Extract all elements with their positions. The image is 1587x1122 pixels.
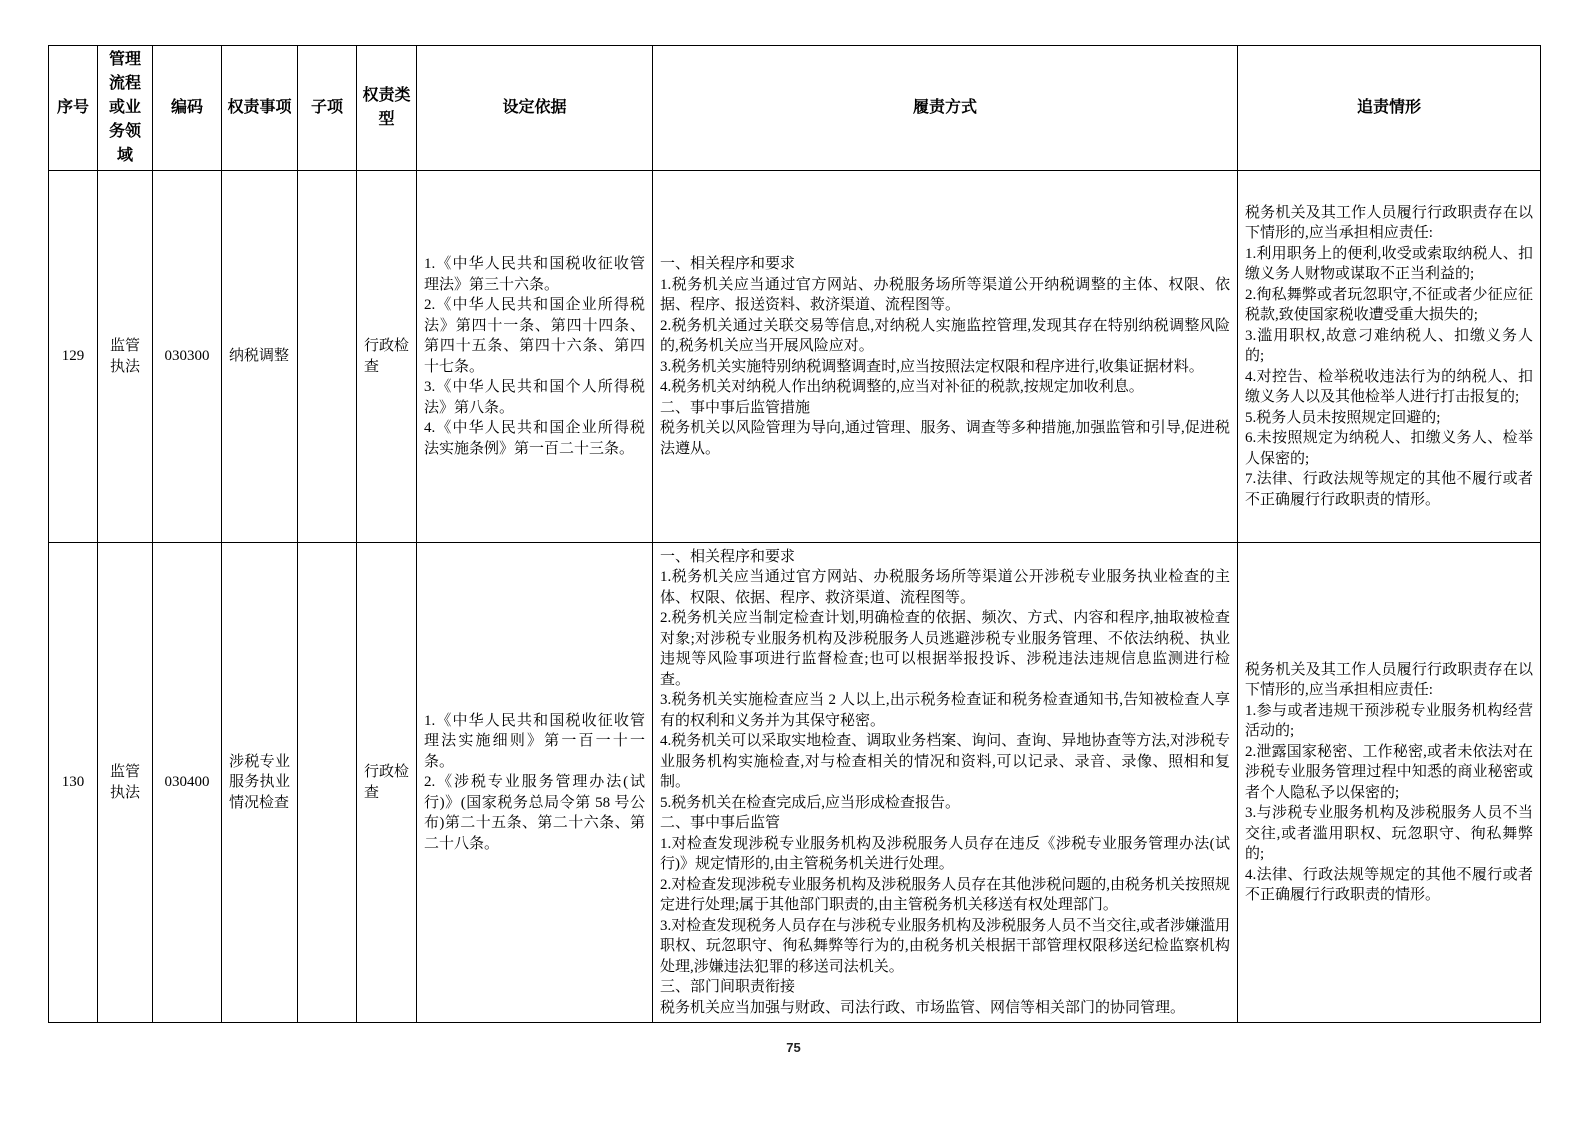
col-header-code: 编码	[153, 46, 222, 171]
duty-list-table: 序号 管理流程或业务领域 编码 权责事项 子项 权责类型 设定依据 履责方式 追…	[48, 45, 1541, 1023]
cell-method: 一、相关程序和要求 1.税务机关应当通过官方网站、办税服务场所等渠道公开纳税调整…	[653, 171, 1238, 543]
cell-code: 030400	[153, 543, 222, 1023]
cell-seq: 130	[49, 543, 98, 1023]
col-header-accountability: 追责情形	[1238, 46, 1541, 171]
page-number: 75	[0, 1040, 1587, 1055]
table-row: 129 监管执法 030300 纳税调整 行政检查 1.《中华人民共和国税收征收…	[49, 171, 1541, 543]
col-header-method: 履责方式	[653, 46, 1238, 171]
cell-accountability: 税务机关及其工作人员履行行政职责存在以下情形的,应当承担相应责任: 1.利用职务…	[1238, 171, 1541, 543]
cell-code: 030300	[153, 171, 222, 543]
cell-duty-type: 行政检查	[357, 543, 417, 1023]
col-header-area: 管理流程或业务领域	[98, 46, 153, 171]
cell-basis: 1.《中华人民共和国税收征收管理法实施细则》第一百一十一条。 2.《涉税专业服务…	[417, 543, 653, 1023]
col-header-matter: 权责事项	[222, 46, 298, 171]
cell-matter: 纳税调整	[222, 171, 298, 543]
table-row: 130 监管执法 030400 涉税专业服务执业情况检查 行政检查 1.《中华人…	[49, 543, 1541, 1023]
cell-duty-type: 行政检查	[357, 171, 417, 543]
col-header-sub-item: 子项	[298, 46, 357, 171]
col-header-seq: 序号	[49, 46, 98, 171]
cell-sub-item	[298, 543, 357, 1023]
table-header-row: 序号 管理流程或业务领域 编码 权责事项 子项 权责类型 设定依据 履责方式 追…	[49, 46, 1541, 171]
cell-seq: 129	[49, 171, 98, 543]
cell-matter: 涉税专业服务执业情况检查	[222, 543, 298, 1023]
cell-area: 监管执法	[98, 543, 153, 1023]
cell-sub-item	[298, 171, 357, 543]
cell-basis: 1.《中华人民共和国税收征收管理法》第三十六条。 2.《中华人民共和国企业所得税…	[417, 171, 653, 543]
col-header-duty-type: 权责类型	[357, 46, 417, 171]
col-header-basis: 设定依据	[417, 46, 653, 171]
cell-accountability: 税务机关及其工作人员履行行政职责存在以下情形的,应当承担相应责任: 1.参与或者…	[1238, 543, 1541, 1023]
cell-method: 一、相关程序和要求 1.税务机关应当通过官方网站、办税服务场所等渠道公开涉税专业…	[653, 543, 1238, 1023]
cell-area: 监管执法	[98, 171, 153, 543]
